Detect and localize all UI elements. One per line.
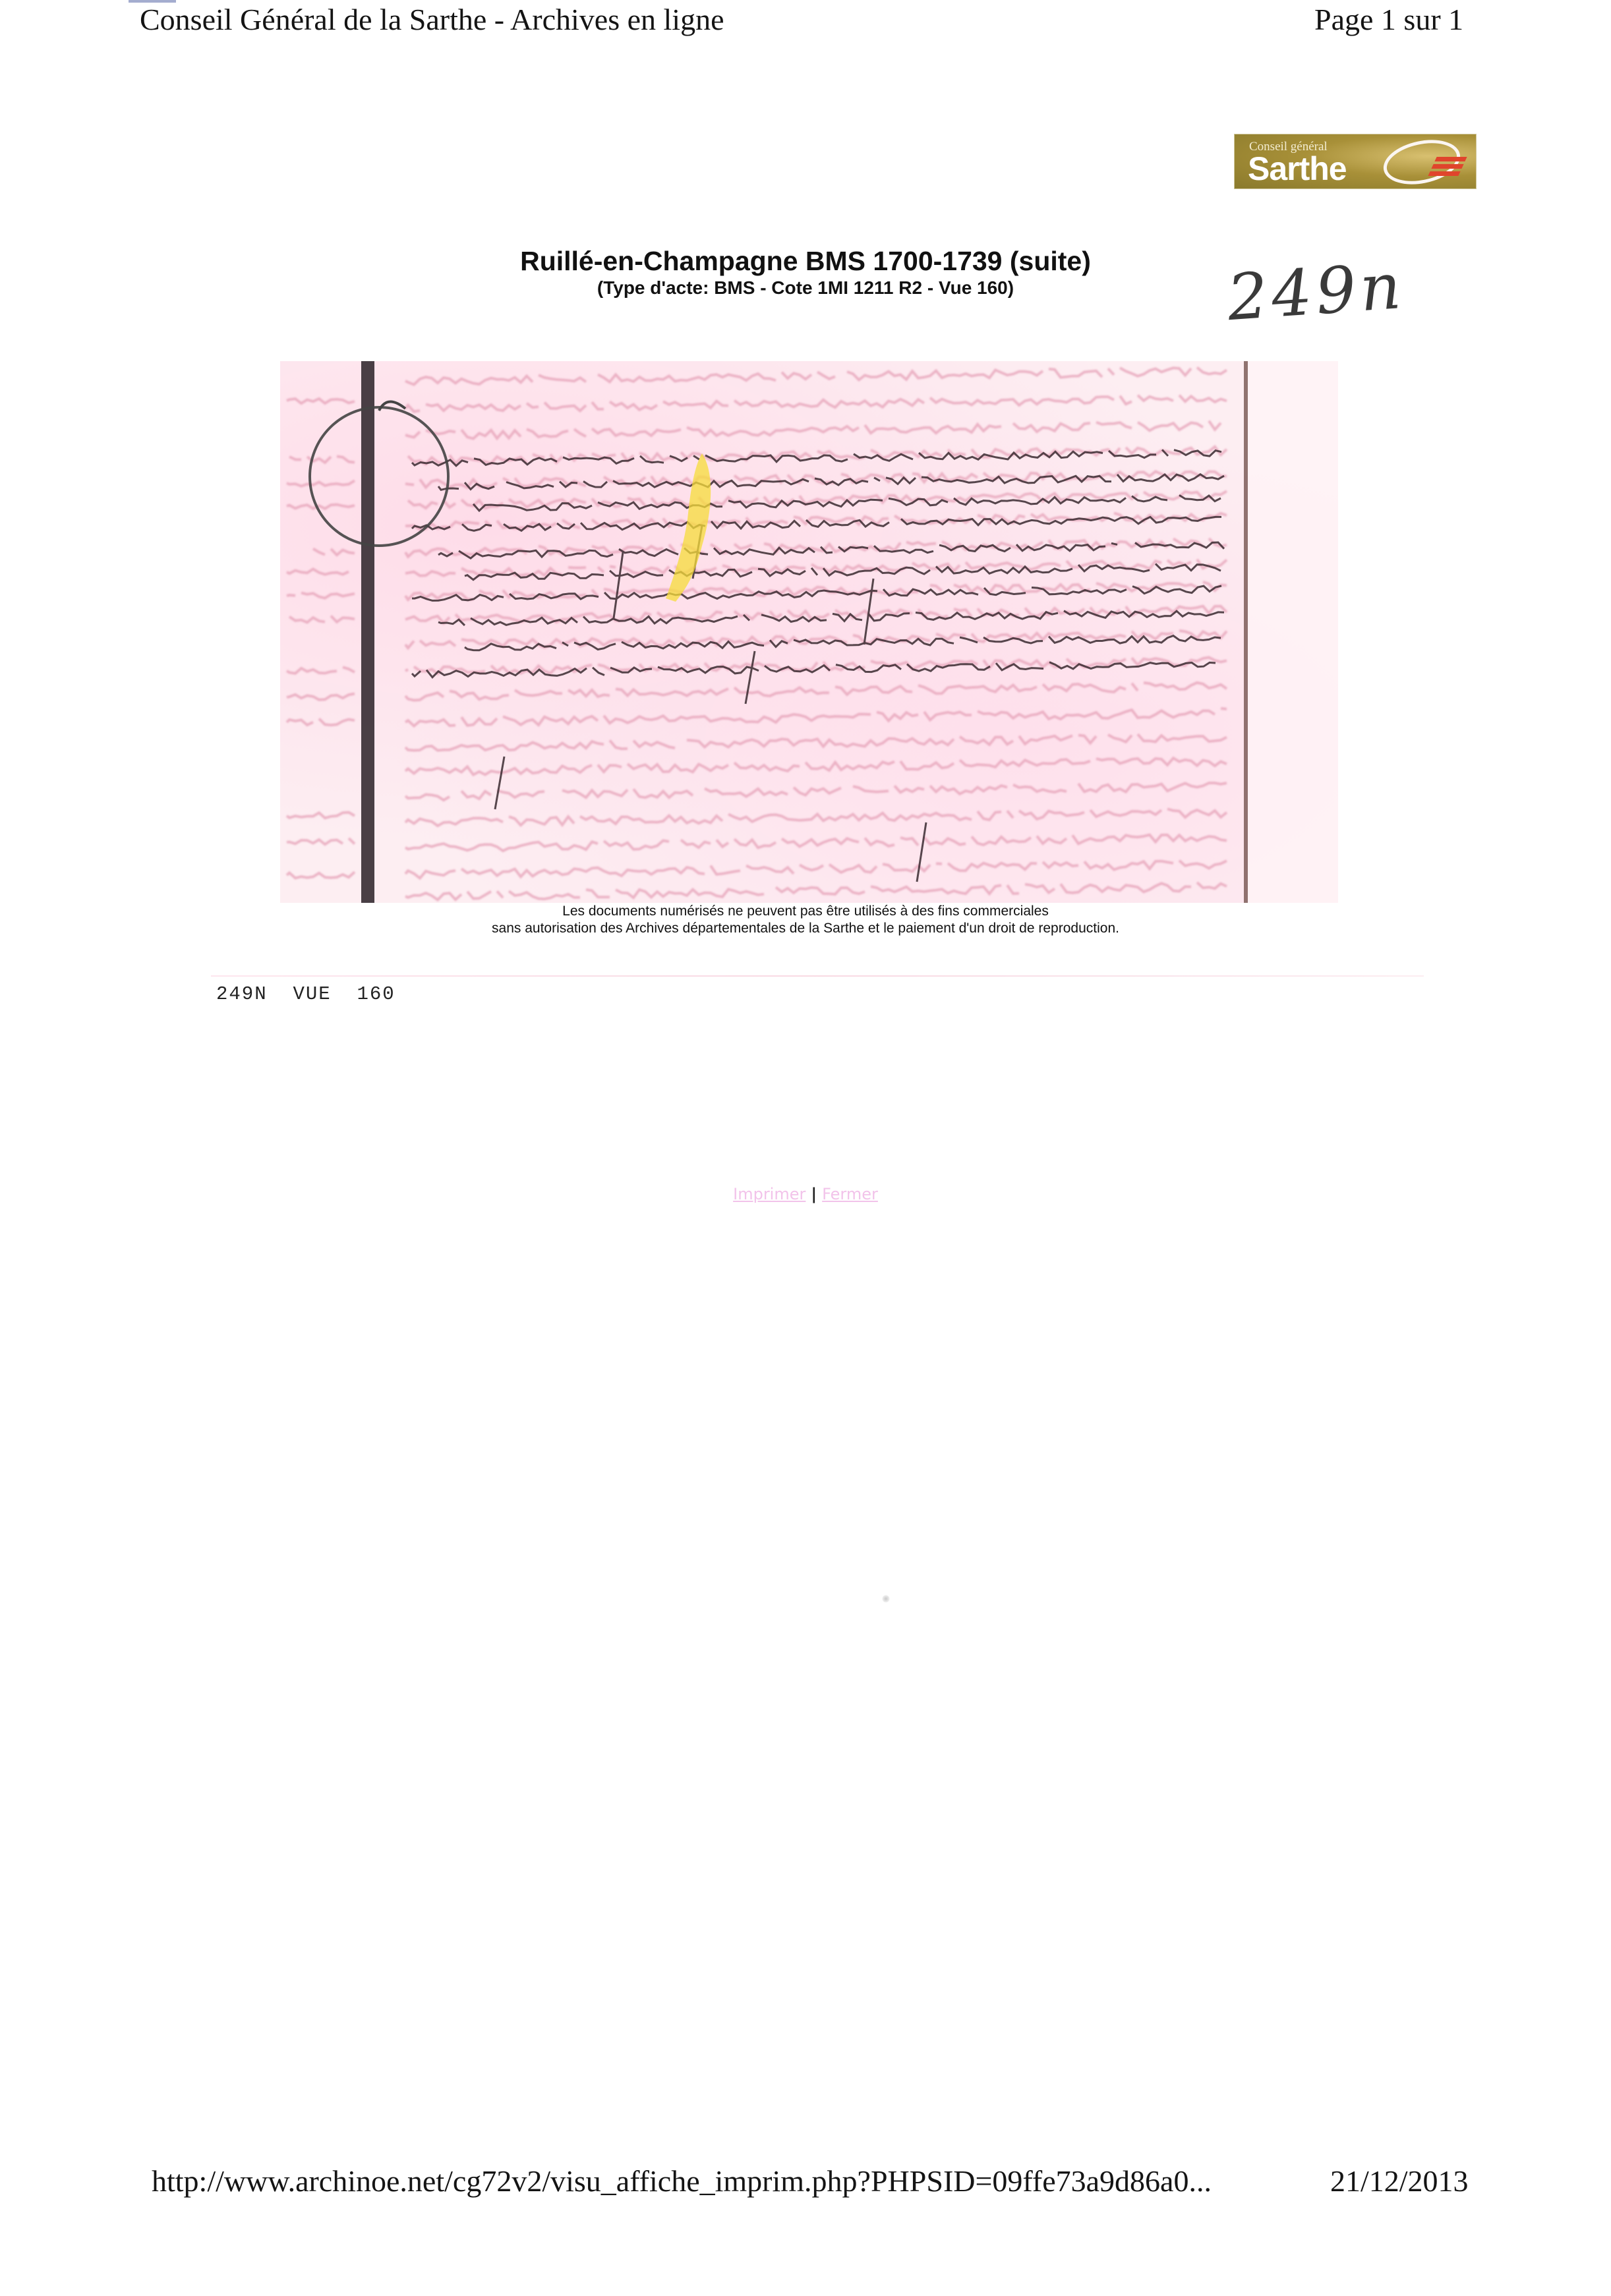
- reference-line: 249N VUE 160: [216, 983, 395, 1005]
- print-footer-date: 21/12/2013: [1330, 2163, 1469, 2200]
- reference-code: 249N: [216, 983, 268, 1005]
- print-footer-url: http://www.archinoe.net/cg72v2/visu_affi…: [152, 2163, 1212, 2200]
- manuscript-drawing: [280, 361, 1338, 903]
- reference-view-number: 160: [357, 983, 395, 1005]
- scan-speck: [882, 1595, 890, 1603]
- handwritten-annotation: 249n: [1225, 250, 1407, 335]
- disclaimer-line-2: sans autorisation des Archives départeme…: [0, 920, 1611, 937]
- logo-big-text: Sarthe: [1248, 152, 1347, 186]
- manuscript-scan-image: [280, 361, 1338, 903]
- close-link[interactable]: Fermer: [822, 1185, 878, 1203]
- link-separator: |: [811, 1185, 817, 1203]
- print-header-site-title: Conseil Général de la Sarthe - Archives …: [140, 1, 724, 38]
- print-link[interactable]: Imprimer: [733, 1185, 805, 1203]
- logo-s-swoosh-icon: [1380, 134, 1465, 189]
- print-header-page-indicator: Page 1 sur 1: [1314, 1, 1463, 38]
- action-links: Imprimer|Fermer: [0, 1185, 1611, 1203]
- reference-label: VUE: [293, 983, 331, 1005]
- sarthe-logo: Conseil général Sarthe: [1234, 134, 1477, 189]
- binding-line: [361, 361, 374, 903]
- logo-stripe-icon: [1434, 157, 1467, 161]
- logo-stripe-icon: [1431, 164, 1463, 169]
- logo-stripe-icon: [1428, 171, 1460, 176]
- disclaimer-line-1: Les documents numérisés ne peuvent pas ê…: [0, 903, 1611, 920]
- divider: [211, 975, 1424, 977]
